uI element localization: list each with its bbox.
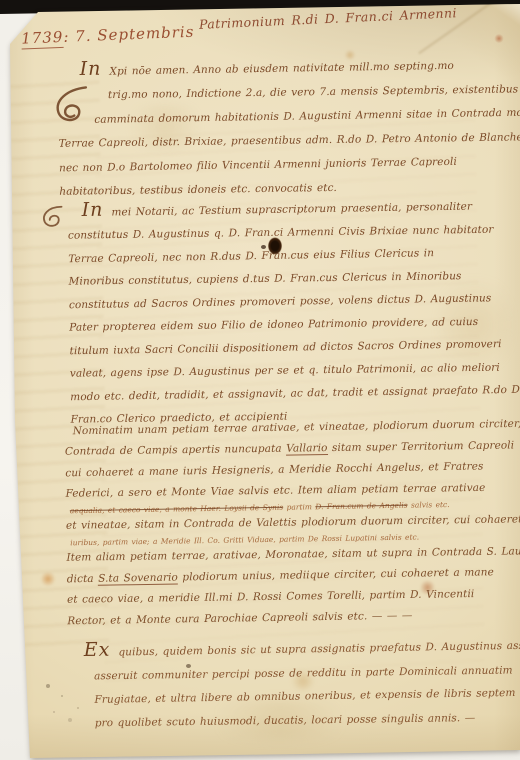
paper-sheet: 1739: 7. Septembris Patrimonium R.di D. … xyxy=(0,0,520,760)
line-text: In xyxy=(79,58,109,80)
paragraph-assigned-lands: Nominatim unam petiam terrae arativae, e… xyxy=(65,414,520,631)
line-text: Nominatim unam petiam terrae arativae, e… xyxy=(73,418,520,438)
handwritten-content: 1739: 7. Septembris Patrimonium R.di D. … xyxy=(0,0,520,760)
underlined-word: S.ta Sovenario xyxy=(98,571,178,585)
line-text: Minoribus constitutus, cupiens d.tus D. … xyxy=(69,270,462,287)
line-text: Item aliam petiam terrae, arativae, Moro… xyxy=(66,545,520,564)
line-text: Xpi nōe amen. Anno ab eiusdem nativitate… xyxy=(109,60,454,78)
line-text: et vineatae, sitam in Contrada de Valett… xyxy=(66,513,520,532)
line-text: Terrae Capreoli, nec non R.dus D. Fran.c… xyxy=(68,247,434,265)
line-text: Federici, a sero et Monte Viae salvis et… xyxy=(65,482,485,500)
paper-sheet-wrap: 1739: 7. Septembris Patrimonium R.di D. … xyxy=(0,0,520,760)
line-text: pro quolibet scuto huiusmodi, ducatis, l… xyxy=(95,712,476,729)
line-text: et caeco viae, a meridie Ill.mi D. Rossi… xyxy=(67,588,474,606)
line-text: camminata domorum habitationis D. August… xyxy=(94,106,520,125)
line-text: cui cohaeret a mane iuris Hesigneris, a … xyxy=(65,460,483,479)
underlined-word: Vallario xyxy=(286,442,328,456)
line-text: Frugiatae, et ultra libere ab omnibus on… xyxy=(94,686,520,706)
date-year: 1739 xyxy=(21,28,64,50)
line-text: Terrae Capreoli, distr. Brixiae, praesen… xyxy=(59,131,520,150)
line-text: Ex xyxy=(84,638,119,661)
manuscript-scan: 1739: 7. Septembris Patrimonium R.di D. … xyxy=(0,0,520,760)
line-text: modo etc. dedit, tradidit, et assignavit… xyxy=(70,384,520,404)
line-text: Pater propterea eidem suo Filio de idone… xyxy=(69,316,478,334)
line-text: plodiorum unius, mediique circiter, cui … xyxy=(178,566,494,583)
struck-text: D. Fran.cum de Angelis xyxy=(315,501,407,512)
line-text: quibus, quidem bonis sic ut supra assign… xyxy=(118,639,520,658)
line-text: mei Notarii, ac Testium suprascriptorum … xyxy=(111,201,472,219)
line-text: partim xyxy=(283,502,315,512)
line-text: Rector, et a Monte cura Parochiae Capreo… xyxy=(67,610,412,628)
line-text: nec non D.o Bartolomeo filio Vincentii A… xyxy=(59,156,457,175)
date-rest: : 7. Septembris xyxy=(63,23,195,46)
line-text: dicta xyxy=(67,573,99,586)
date-annotation: 1739: 7. Septembris xyxy=(21,23,195,48)
line-text: valeat, agens ipse D. Augustinus per se … xyxy=(70,362,500,380)
paragraph-constitution: In mei Notarii, ac Testium suprascriptor… xyxy=(67,192,520,431)
line-text: trig.mo nono, Indictione 2.a, die vero 7… xyxy=(108,83,520,101)
line-text: sitam super Territorium Capreoli xyxy=(327,439,514,454)
line-text: titulum iuxta Sacri Concilii disposition… xyxy=(69,338,501,357)
paragraph-paraph-icon xyxy=(40,203,66,231)
document-heading: Patrimonium R.di D. Fran.ci Armenni xyxy=(199,5,457,32)
paragraph-invocation: In Xpi nōe amen. Anno ab eiusdem nativit… xyxy=(57,50,517,203)
line-text: constitutus ad Sacros Ordines promoveri … xyxy=(69,292,492,311)
line-text: Contrada de Campis apertis nuncupata xyxy=(65,443,286,458)
line-text: In xyxy=(81,199,111,221)
line-text: salvis etc. xyxy=(408,500,450,510)
paragraph-revenue: Ex quibus, quidem bonis sic ut supra ass… xyxy=(66,632,520,735)
line-text: asseruit communiter percipi posse de red… xyxy=(94,664,513,682)
